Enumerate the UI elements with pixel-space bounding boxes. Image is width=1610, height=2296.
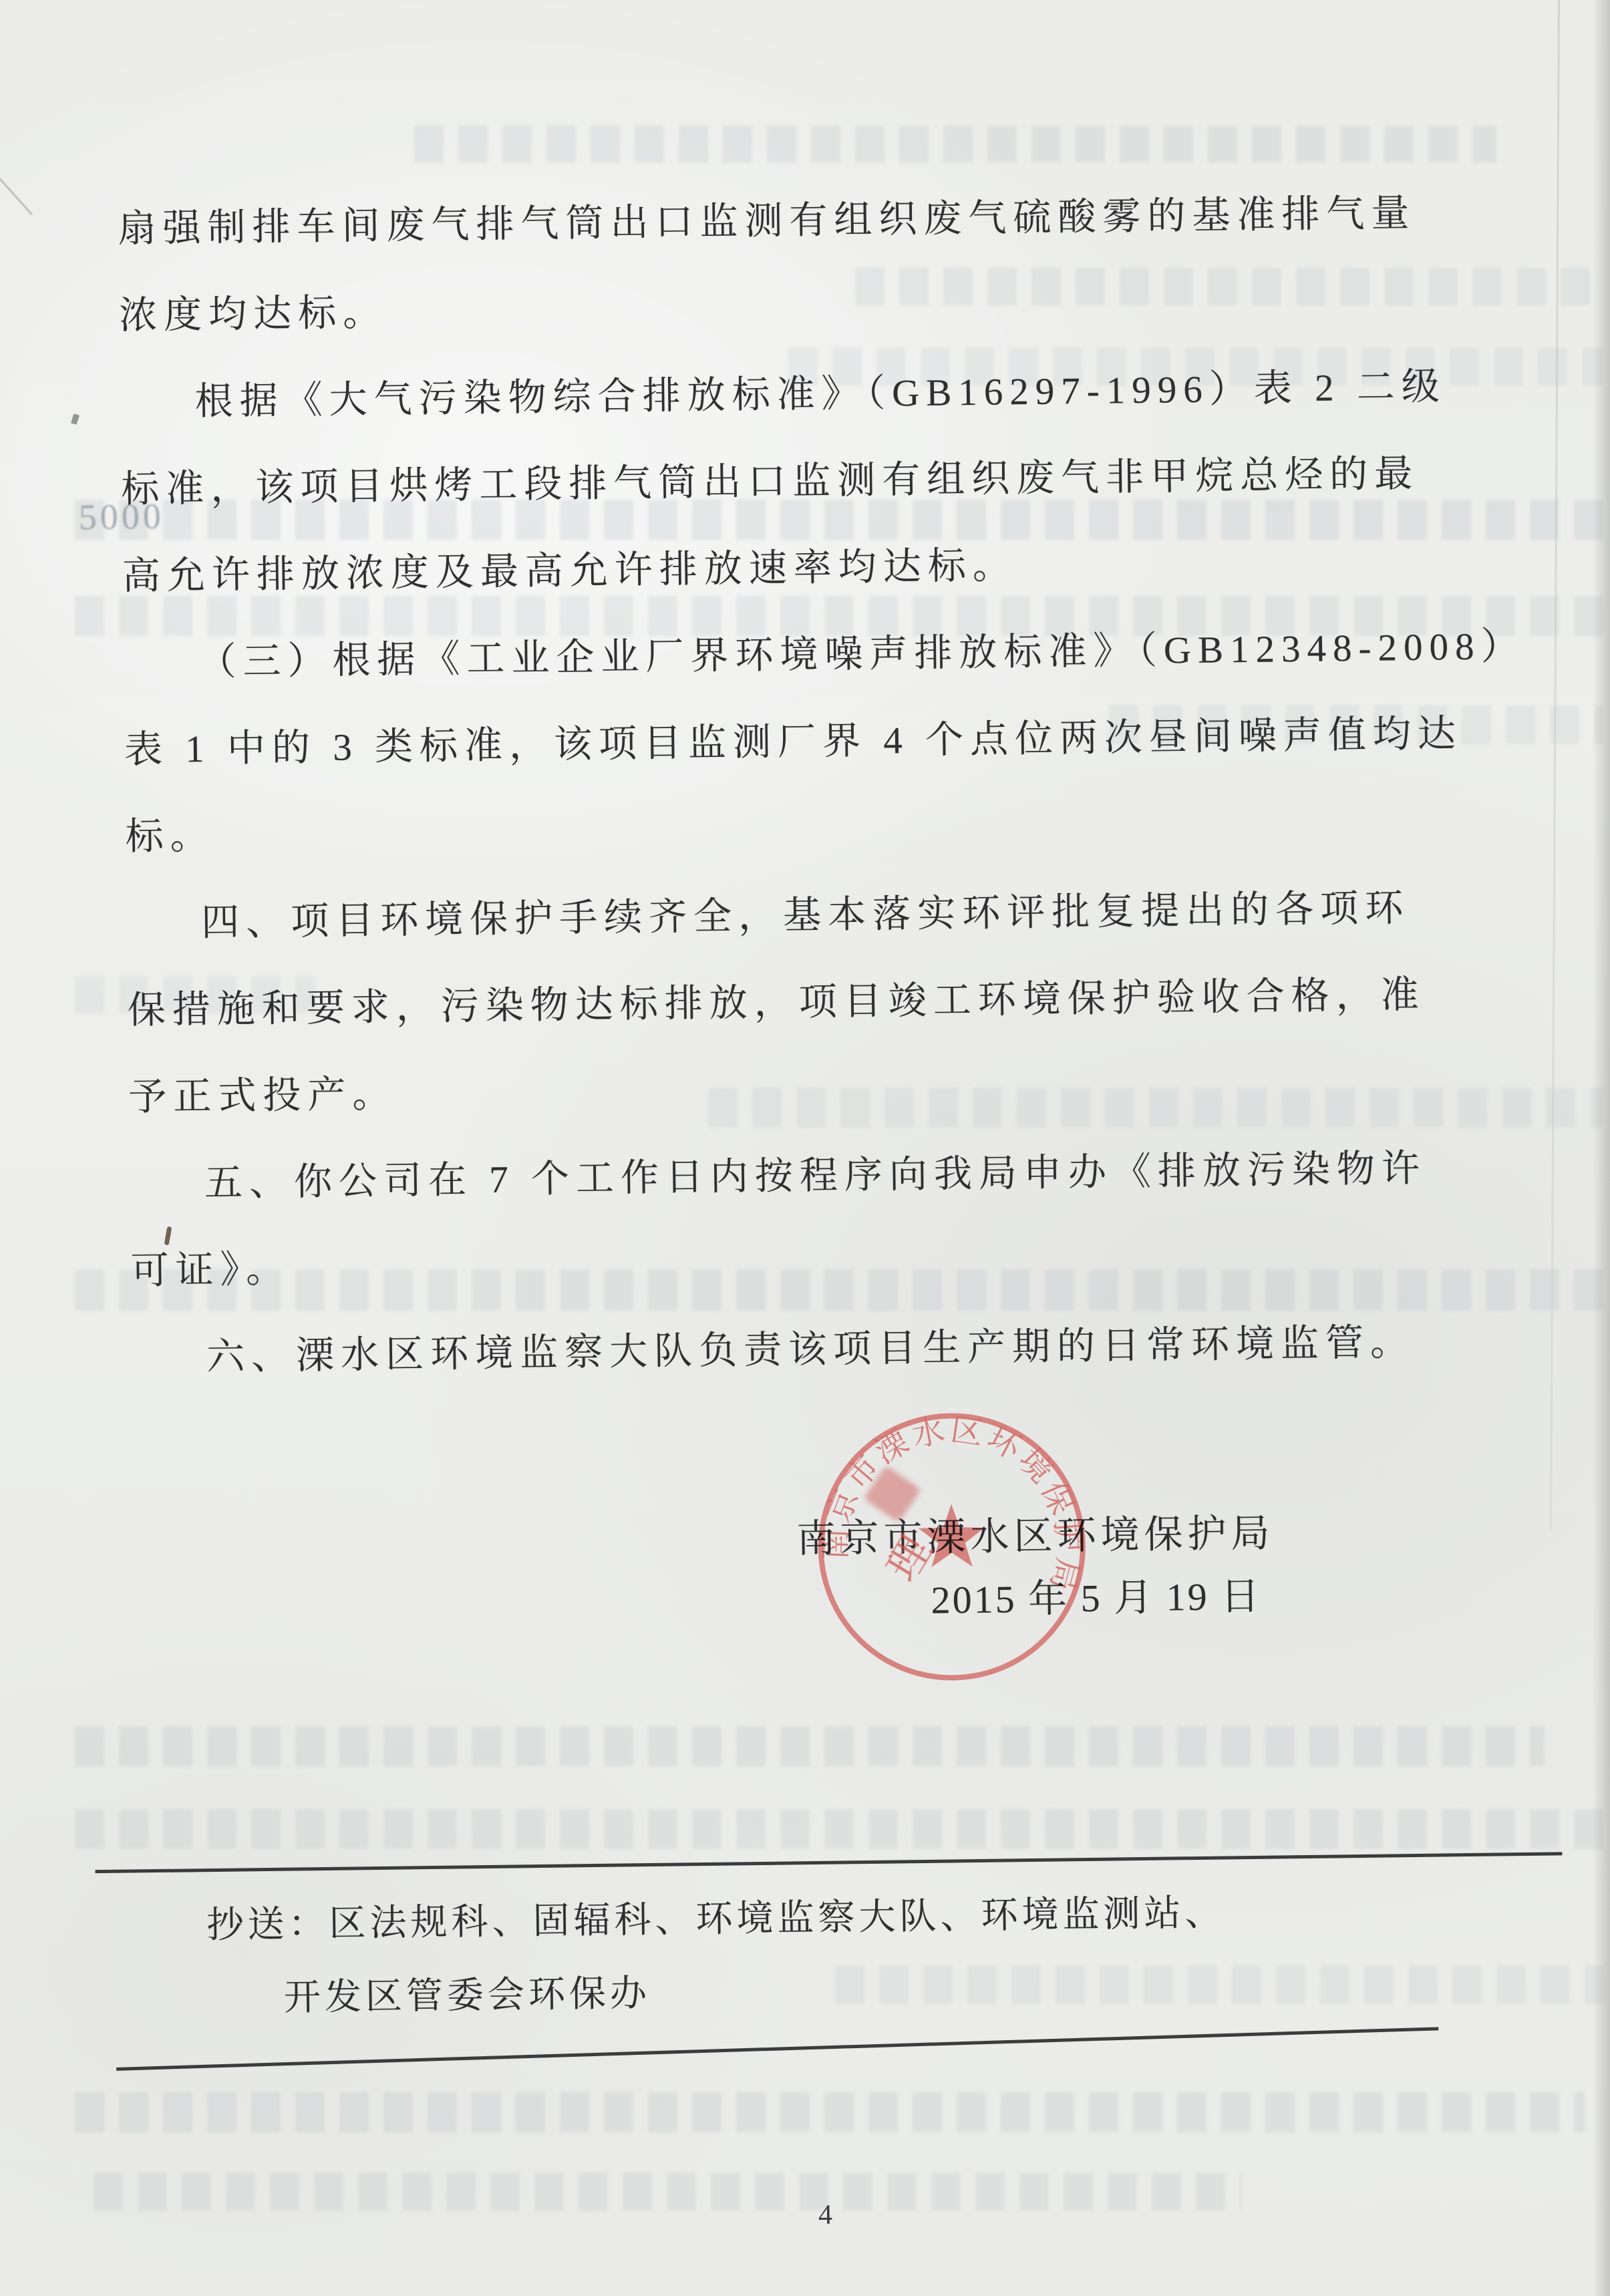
body-line: 四、项目环境保护手续齐全，基本落实环评批复提出的各项环 xyxy=(126,864,1537,968)
divider-bottom xyxy=(116,2027,1438,2070)
body-line: 五、你公司在 7 个工作日内按程序向我局申办《排放污染物许 xyxy=(129,1124,1541,1228)
body-line: （三）根据《工业企业厂界环境噪声排放标准》（GB12348-2008） xyxy=(123,603,1535,707)
body-line: 保措施和要求，污染物达标排放，项目竣工环境保护验收合格，准 xyxy=(127,951,1539,1055)
document-body: 扇强制排车间废气排气筒出口监测有组织废气硫酸雾的基准排气量 浓度均达标。 根据《… xyxy=(118,169,1543,1402)
body-line: 标准，该项目烘烤工段排气筒出口监测有组织废气非甲烷总烃的最 xyxy=(121,430,1533,534)
body-line: 扇强制排车间废气排气筒出口监测有组织废气硫酸雾的基准排气量 xyxy=(118,169,1529,273)
page-number: 4 xyxy=(818,2199,834,2231)
scan-edge-shadow xyxy=(1593,0,1610,2296)
body-line: 可证》。 xyxy=(130,1211,1542,1315)
cc-line-1: 抄送：区法规科、固辐科、环境监察大队、环境监测站、 xyxy=(206,1883,1226,1949)
printed-content: 5000 扇强制排车间废气排气筒出口监测有组织废气硫酸雾的基准排气量 浓度均达标… xyxy=(0,0,1610,2296)
body-line: 根据《大气污染物综合排放标准》（GB16297-1996）表 2 二级 xyxy=(120,343,1531,447)
cc-line-2: 开发区管委会环保办 xyxy=(283,1963,651,2021)
divider-top xyxy=(96,1852,1563,1873)
scanned-document-page: 5000 扇强制排车间废气排气筒出口监测有组织废气硫酸雾的基准排气量 浓度均达标… xyxy=(0,0,1610,2296)
body-line: 六、溧水区环境监察大队负责该项目生产期的日常环境监管。 xyxy=(131,1298,1543,1402)
body-line: 标。 xyxy=(125,777,1537,881)
body-line: 予正式投产。 xyxy=(128,1037,1540,1142)
body-line: 浓度均达标。 xyxy=(118,256,1530,360)
official-seal: 南京市溧水区环境保护局 xyxy=(803,1398,1100,1695)
body-line: 表 1 中的 3 类标准，该项目监测厂界 4 个点位两次昼间噪声值均达 xyxy=(124,690,1535,794)
body-line: 高允许排放浓度及最高允许排放速率均达标。 xyxy=(122,516,1533,621)
